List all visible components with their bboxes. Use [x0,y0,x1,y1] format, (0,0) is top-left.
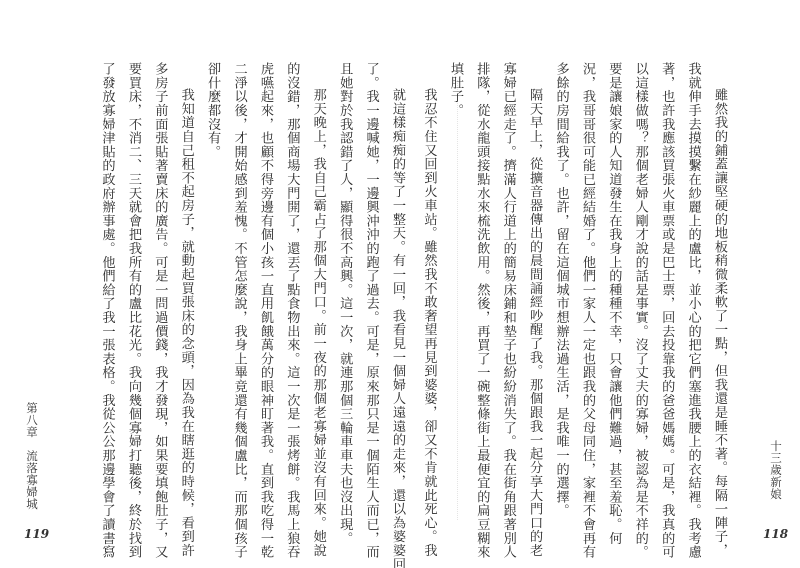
text-column: 況，我哥哥很可能已經結婚了。他們一家人一定也跟我的父母同住，家裡不會再有 [574,62,600,492]
text-column: 了發放寡婦津貼的政府辦事處。他們給了我一張表格。我從公公那邊學會了讀書寫 [93,62,119,492]
page-number: 119 [24,527,49,541]
text-column: 了。我一邊喊她，一邊興沖沖的跑了過去。可是，原來那只是一個陌生人而已，而 [357,62,383,492]
text-column: 寡婦已經走了。擠滿人行道上的簡易床鋪和墊子也紛紛消失了。我在街角跟著別人 [494,62,520,492]
text-column: 排隊，從水龍頭接點水來梳洗飲用。然後，再買了一碗整條街上最便宜的扁豆糊來 [468,62,494,492]
text-column: 多房子前面張貼著賣床的廣告。可是一問過價錢，我才發現，如果要填飽肚子，又 [146,62,172,492]
text-column: 隔天早上，從擴音器傳出的晨間誦經吵醒了我。那個跟我一起分享大門口的老 [521,62,547,492]
text-column: 那天晚上，我自己霸占了那個大門口。前一夜的那個老寡婦並沒有回來。她說 [304,62,330,492]
text-column: 我忍不住又回到火車站。雖然我不敢奢望再見到婆婆，卻又不肯就此死心。我 [415,62,441,492]
text-column: 就這樣痴痴的等了一整天。有一回，我看見一個婦人遠遠的走來，還以為婆婆回來 [384,62,410,492]
text-column: 虎嚥起來，也顧不得旁邊有個小孩一直用飢餓萬分的眼神盯著我。直到我吃得一乾 [252,62,278,492]
text-column: 我就伸手去摸摸繫在紗麗上的盧比，並小心的把它們塞進我腰上的衣結裡。我考慮 [679,62,705,492]
text-column: 二淨以後，才開始感到羞愧。不管怎麼說，我身上畢竟還有幾個盧比，而那個孩子 [225,62,251,492]
left-page-body-text: 就這樣痴痴的等了一整天。有一回，我看見一個婦人遠遠的走來，還以為婆婆回來 了。我… [93,62,410,492]
text-column: 要是讓娘家的人知道發生在我身上的種種不幸，只會讓他們難過，甚至羞恥。何 [600,62,626,492]
text-column: 我知道自己租不起房子，就動起買張床的念頭，因為我在瞎逛的時候，看到許 [172,62,198,492]
text-column: 多餘的房間給我了。也許，留在這個城市想辦法過生活，是我唯一的選擇。 [547,62,573,492]
text-column: 的沒錯，那個商場大門開了，還丟了點食物出來。這一次是一張烤餅。我馬上狼吞 [278,62,304,492]
text-column: 雖然我的鋪蓋讓堅硬的地板稍微柔軟了一點，但我還是睡不著。每隔一陣子， [706,62,732,492]
text-column: 填肚子。 [442,62,468,492]
text-column: 卻什麼都沒有。 [199,62,225,492]
text-column: 要買床，不消二、三天就會把我所有的盧比花光。我向幾個寡婦打聽後，終於找到 [120,62,146,492]
text-column: 以這樣做嗎？那個老婦人剛才說的話是事實。沒了丈夫的寡婦，被認為是不祥的。 [626,62,652,492]
right-page: 雖然我的鋪蓋讓堅硬的地板稍微柔軟了一點，但我還是睡不著。每隔一陣子， 我就伸手去… [458,0,800,568]
text-column: 且她對於我認錯了人，顯得很不高興。這一次，就連那個三輪車車夫也沒出現。 [331,62,357,492]
page-number: 118 [763,527,788,541]
left-page: 就這樣痴痴的等了一整天。有一回，我看見一個婦人遠遠的走來，還以為婆婆回來 了。我… [0,0,458,568]
book-title-running-head: 十三歲新娘 [768,440,784,500]
right-page-body-text: 雖然我的鋪蓋讓堅硬的地板稍微柔軟了一點，但我還是睡不著。每隔一陣子， 我就伸手去… [415,62,732,492]
text-column: 著，也許我應該買張火車票或是巴士票，回去投靠我的爸爸媽媽。可是，我真的可 [653,62,679,492]
chapter-running-head: 第八章 流落寡婦城 [24,402,40,510]
